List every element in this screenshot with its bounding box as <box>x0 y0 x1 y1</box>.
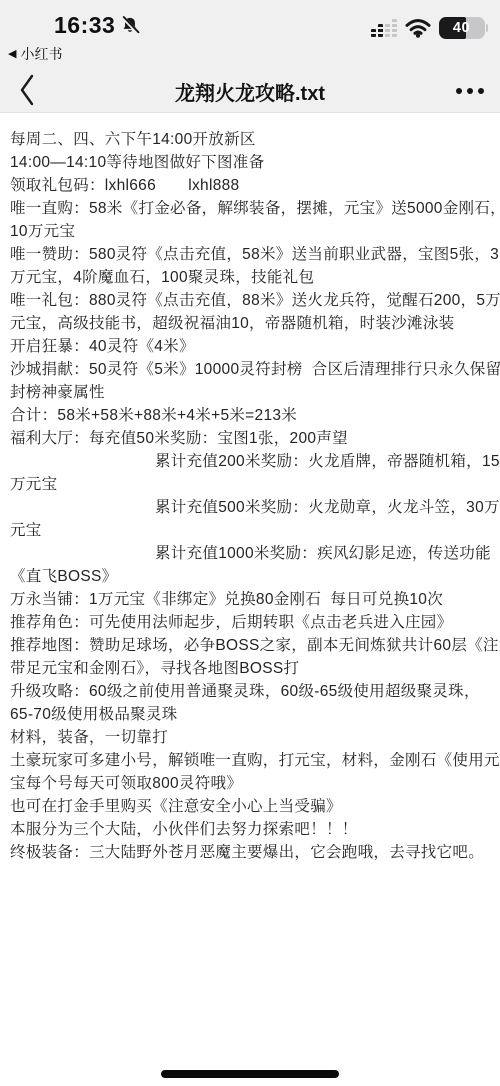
text-line: 宝每个号每天可领取800灵符哦》 <box>10 772 490 795</box>
text-line: 《直飞BOSS》 <box>10 565 490 588</box>
status-right-icons: 40 <box>371 17 488 39</box>
text-line: 万元宝 <box>10 473 490 496</box>
text-line: 唯一直购：58米《打金必备，解绑装备，摆摊，元宝》送5000金刚石， <box>10 197 490 220</box>
text-line: 推荐地图：赞助足球场，必争BOSS之家，副本无间炼狱共计60层《注意 <box>10 634 490 657</box>
text-line: 合计：58米+58米+88米+4米+5米=213米 <box>10 404 490 427</box>
battery-icon: 40 <box>439 17 489 39</box>
text-line: 65-70级使用极品聚灵珠 <box>10 703 490 726</box>
text-line: 福利大厅：每充值50米奖励：宝图1张，200声望 <box>10 427 490 450</box>
text-line: 10万元宝 <box>10 220 490 243</box>
home-indicator[interactable] <box>161 1070 339 1078</box>
page-title: 龙翔火龙攻略.txt <box>70 77 430 106</box>
text-line: 也可在打金手里购买《注意安全小心上当受骗》 <box>10 795 490 818</box>
status-clock: 16:33 <box>54 12 115 39</box>
signal-bar <box>371 29 376 37</box>
cellular-signal-icon <box>371 19 397 37</box>
ellipsis-dot <box>456 88 462 94</box>
ellipsis-dot <box>467 88 473 94</box>
bell-slash-icon <box>119 15 141 37</box>
text-line: 本服分为三个大陆，小伙伴们去努力探索吧！！！ <box>10 818 490 841</box>
text-line: 材料，装备，一切靠打 <box>10 726 490 749</box>
text-line: 推荐角色：可先使用法师起步，后期转职《点击老兵进入庄园》 <box>10 611 490 634</box>
text-line: 领取礼包码：lxhl666 lxhl888 <box>10 174 490 197</box>
text-line: 每周二、四、六下午14:00开放新区 <box>10 128 490 151</box>
phone-screen: 16:33 <box>0 0 500 1086</box>
text-line: 万永当铺：1万元宝《非绑定》兑换80金刚石 每日可兑换10次 <box>10 588 490 611</box>
text-line: 累计充值500米奖励：火龙勋章，火龙斗笠，30万 <box>10 496 490 519</box>
status-time-group: 16:33 <box>54 12 141 39</box>
text-line: 带足元宝和金刚石》，寻找各地图BOSS打 <box>10 657 490 680</box>
text-line: 14:00—14:10等待地图做好下图准备 <box>10 151 490 174</box>
battery-percent: 40 <box>439 17 485 39</box>
top-bar: 16:33 <box>0 0 500 113</box>
signal-bar <box>378 24 383 37</box>
battery-nub <box>486 24 489 32</box>
signal-bar <box>392 19 397 37</box>
text-line: 万元宝，4阶魔血石，100聚灵珠，技能礼包 <box>10 266 490 289</box>
text-line: 终极装备：三大陆野外苍月恶魔主要爆出，它会跑哦，去寻找它吧。 <box>10 841 490 864</box>
return-to-app-button[interactable]: ◀ 小红书 <box>8 44 62 64</box>
text-line: 唯一礼包：880灵符《点击充值，88米》送火龙兵符，觉醒石200，5万 <box>10 289 490 312</box>
text-line: 累计充值200米奖励：火龙盾牌，帝器随机箱，15 <box>10 450 490 473</box>
return-app-label: 小红书 <box>20 44 62 64</box>
text-line: 升级攻略：60级之前使用普通聚灵珠，60级-65级使用超级聚灵珠， <box>10 680 490 703</box>
text-line: 唯一赞助：580灵符《点击充值，58米》送当前职业武器，宝图5张，3 <box>10 243 490 266</box>
document-lines: 每周二、四、六下午14:00开放新区14:00—14:10等待地图做好下图准备领… <box>0 114 500 864</box>
chevron-left-icon[interactable] <box>16 73 38 107</box>
text-line: 元宝 <box>10 519 490 542</box>
signal-bar <box>385 22 390 37</box>
text-line: 累计充值1000米奖励：疾风幻影足迹，传送功能 <box>10 542 490 565</box>
ellipsis-menu-button[interactable] <box>456 84 484 98</box>
text-line: 土豪玩家可多建小号，解锁唯一直购，打元宝，材料，金刚石《使用元 <box>10 749 490 772</box>
text-line: 开启狂暴：40灵符《4米》 <box>10 335 490 358</box>
text-line: 封榜神豪属性 <box>10 381 490 404</box>
battery-body: 40 <box>439 17 485 39</box>
ellipsis-dot <box>478 88 484 94</box>
nav-bar: 龙翔火龙攻略.txt <box>0 70 500 113</box>
back-triangle-icon: ◀ <box>8 49 16 60</box>
text-line: 元宝，高级技能书，超级祝福油10，帝器随机箱，时装沙滩泳装 <box>10 312 490 335</box>
text-line: 沙城捐献：50灵符《5米》10000灵符封榜 合区后清理排行只永久保留 <box>10 358 490 381</box>
wifi-icon <box>405 18 431 38</box>
